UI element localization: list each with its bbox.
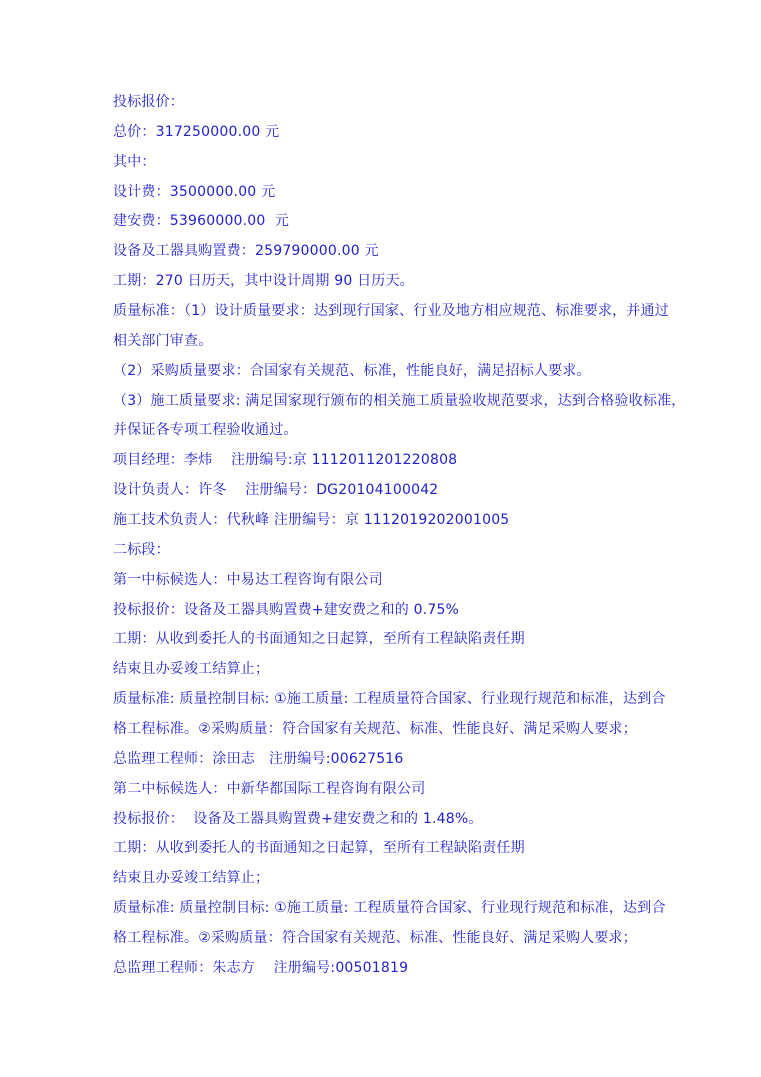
document-line: 建安费：53960000.00 元	[113, 207, 713, 237]
document-line: 第二中标候选人：中新华都国际工程咨询有限公司	[113, 775, 713, 805]
document-line: 总监理工程师：涂田志 注册编号:00627516	[113, 745, 713, 775]
document-line: 项目经理：李炜 注册编号:京 1112011201220808	[113, 446, 713, 476]
document-line: 设计负责人：许冬 注册编号：DG20104100042	[113, 476, 713, 506]
document-line: 工期：从收到委托人的书面通知之日起算，至所有工程缺陷责任期	[113, 625, 713, 655]
document-line: 相关部门审查。	[113, 327, 713, 357]
document-page: 投标报价： 总价：317250000.00 元 其中： 设计费：3500000.…	[0, 0, 761, 1077]
document-line: （2）采购质量要求：合国家有关规范、标准，性能良好，满足招标人要求。	[113, 357, 713, 387]
document-line: 工期：270 日历天，其中设计周期 90 日历天。	[113, 267, 713, 297]
document-line: 总监理工程师：朱志方 注册编号:00501819	[113, 954, 713, 984]
document-line: 投标报价： 设备及工器具购置费+建安费之和的 1.48%。	[113, 805, 713, 835]
document-line: 格工程标准。②采购质量：符合国家有关规范、标准、性能良好、满足采购人要求；	[113, 924, 713, 954]
document-line: 质量标准: 质量控制目标: ①施工质量: 工程质量符合国家、行业现行规范和标准，…	[113, 894, 713, 924]
document-line: 格工程标准。②采购质量：符合国家有关规范、标准、性能良好、满足采购人要求；	[113, 715, 713, 745]
document-line: 设备及工器具购置费：259790000.00 元	[113, 237, 713, 267]
document-line: 结束且办妥竣工结算止；	[113, 864, 713, 894]
document-line: 并保证各专项工程验收通过。	[113, 416, 713, 446]
document-line: 设计费：3500000.00 元	[113, 178, 713, 208]
document-body: 投标报价： 总价：317250000.00 元 其中： 设计费：3500000.…	[113, 88, 713, 984]
document-line: 质量标准: 质量控制目标: ①施工质量: 工程质量符合国家、行业现行规范和标准，…	[113, 685, 713, 715]
document-line: 施工技术负责人：代秋峰 注册编号：京 1112019202001005	[113, 506, 713, 536]
document-line: 投标报价：设备及工器具购置费+建安费之和的 0.75%	[113, 596, 713, 626]
document-line: 工期：从收到委托人的书面通知之日起算，至所有工程缺陷责任期	[113, 834, 713, 864]
document-line: 投标报价：	[113, 88, 713, 118]
document-line: 其中：	[113, 148, 713, 178]
document-line: 结束且办妥竣工结算止；	[113, 655, 713, 685]
document-line: 第一中标候选人：中易达工程咨询有限公司	[113, 566, 713, 596]
document-line: 二标段：	[113, 536, 713, 566]
document-line: 质量标准：（1）设计质量要求：达到现行国家、行业及地方相应规范、标准要求，并通过	[113, 297, 713, 327]
document-line: （3）施工质量要求: 满足国家现行颁布的相关施工质量验收规范要求，达到合格验收标…	[113, 387, 713, 417]
document-line: 总价：317250000.00 元	[113, 118, 713, 148]
